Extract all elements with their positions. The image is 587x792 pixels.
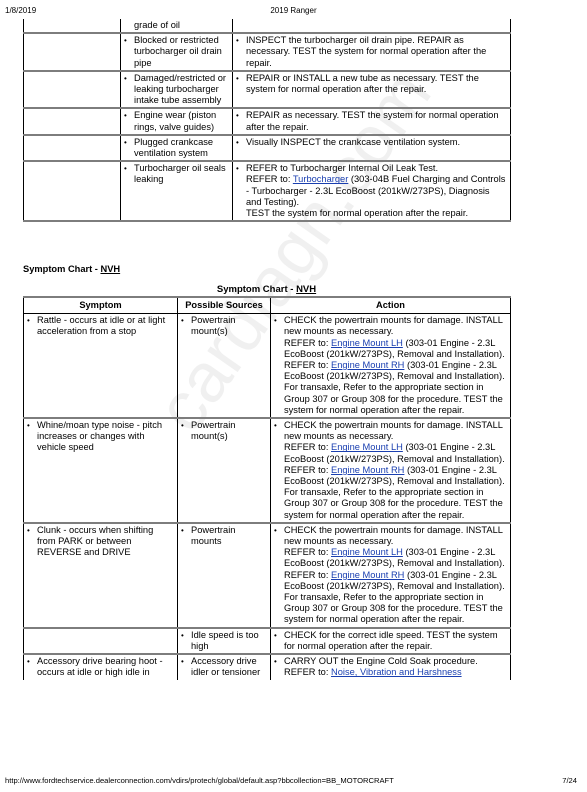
source-text: Idle speed is too high: [191, 630, 267, 652]
table-row: •Damaged/restricted or leaking turbochar…: [24, 71, 511, 109]
source-text: Plugged crankcase ventilation system: [134, 137, 229, 159]
nvh-link[interactable]: NVH: [100, 264, 120, 274]
nvh-caption-link[interactable]: NVH: [296, 284, 316, 295]
table-row: •Rattle - occurs at idle or at light acc…: [24, 314, 511, 418]
action-text: REPAIR or INSTALL a new tube as necessar…: [246, 73, 507, 95]
bullet-icon: •: [236, 35, 246, 69]
action-text: REFER to Turbocharger Internal Oil Leak …: [246, 163, 438, 173]
bullet-icon: •: [181, 525, 191, 547]
source-text: Powertrain mount(s): [191, 315, 267, 337]
nvh-symptom-table: Symptom Possible Sources Action •Rattle …: [23, 296, 511, 680]
refer-label: REFER to:: [284, 360, 331, 370]
bullet-icon: •: [124, 35, 134, 69]
refer-label: REFER to:: [284, 442, 331, 452]
source-text: Engine wear (piston rings, valve guides): [134, 110, 229, 132]
engine-mount-rh-link[interactable]: Engine Mount RH: [331, 465, 404, 475]
engine-mount-lh-link[interactable]: Engine Mount LH: [331, 442, 403, 452]
engine-mount-rh-link[interactable]: Engine Mount RH: [331, 360, 404, 370]
action-text: CARRY OUT the Engine Cold Soak procedure…: [284, 656, 478, 666]
bullet-icon: •: [124, 110, 134, 132]
source-text: Blocked or restricted turbocharger oil d…: [134, 35, 229, 69]
footer-url: http://www.fordtechservice.dealerconnect…: [5, 776, 394, 785]
action-text: CHECK for the correct idle speed. TEST t…: [284, 630, 507, 652]
symptom-text: Whine/moan type noise - pitch increases …: [37, 420, 174, 454]
header-action: Action: [271, 297, 511, 314]
source-text: Powertrain mount(s): [191, 420, 267, 442]
nvh-procedure-link[interactable]: Noise, Vibration and Harshness: [331, 667, 462, 677]
refer-label: REFER to:: [284, 667, 331, 677]
transaxle-note: For transaxle, Refer to the appropriate …: [284, 382, 503, 414]
action-text: CHECK the powertrain mounts for damage. …: [284, 315, 503, 336]
bullet-icon: •: [274, 420, 284, 521]
bullet-icon: •: [124, 137, 134, 159]
section-title: Symptom Chart - NVH: [23, 264, 120, 274]
bullet-icon: •: [124, 73, 134, 107]
bullet-icon: •: [274, 630, 284, 652]
transaxle-note: For transaxle, Refer to the appropriate …: [284, 487, 503, 519]
refer-label: REFER to:: [284, 547, 331, 557]
source-text: grade of oil: [134, 20, 229, 31]
turbo-symptom-table: grade of oil •Blocked or restricted turb…: [23, 19, 511, 222]
engine-mount-rh-link[interactable]: Engine Mount RH: [331, 570, 404, 580]
refer-label: REFER to:: [246, 174, 293, 184]
bullet-icon: •: [181, 420, 191, 442]
table-caption: Symptom Chart - NVH: [23, 284, 510, 295]
bullet-icon: •: [236, 137, 246, 148]
transaxle-note: For transaxle, Refer to the appropriate …: [284, 592, 503, 624]
table-row: •Engine wear (piston rings, valve guides…: [24, 108, 511, 134]
footer-page-number: 7/24: [562, 776, 577, 785]
symptom-text: Rattle - occurs at idle or at light acce…: [37, 315, 174, 337]
bullet-icon: •: [181, 315, 191, 337]
action-text: Visually INSPECT the crankcase ventilati…: [246, 137, 507, 148]
table-row: •Blocked or restricted turbocharger oil …: [24, 33, 511, 71]
action-text: CHECK the powertrain mounts for damage. …: [284, 420, 503, 441]
source-text: Accessory drive idler or tensioner: [191, 656, 267, 678]
bullet-icon: •: [274, 525, 284, 626]
bullet-icon: •: [27, 525, 37, 559]
header-possible-sources: Possible Sources: [178, 297, 271, 314]
bullet-icon: •: [274, 315, 284, 416]
symptom-text: Clunk - occurs when shifting from PARK o…: [37, 525, 174, 559]
action-text: CHECK the powertrain mounts for damage. …: [284, 525, 503, 546]
header-title: 2019 Ranger: [0, 6, 587, 15]
turbocharger-link[interactable]: Turbocharger: [293, 174, 348, 184]
bullet-icon: •: [236, 163, 246, 219]
refer-label: REFER to:: [284, 465, 331, 475]
action-text: INSPECT the turbocharger oil drain pipe.…: [246, 35, 507, 69]
table-row: •Whine/moan type noise - pitch increases…: [24, 418, 511, 523]
source-text: Turbocharger oil seals leaking: [134, 163, 229, 185]
table-row: grade of oil: [24, 19, 511, 33]
source-text: Damaged/restricted or leaking turbocharg…: [134, 73, 229, 107]
bullet-icon: •: [124, 163, 134, 185]
bullet-icon: •: [27, 420, 37, 454]
action-text: TEST the system for normal operation aft…: [246, 208, 468, 218]
table-row: •Clunk - occurs when shifting from PARK …: [24, 523, 511, 628]
table-row: •Plugged crankcase ventilation system •V…: [24, 135, 511, 161]
bullet-icon: •: [236, 110, 246, 132]
engine-mount-lh-link[interactable]: Engine Mount LH: [331, 547, 403, 557]
header-symptom: Symptom: [24, 297, 178, 314]
bullet-icon: •: [181, 656, 191, 678]
refer-label: REFER to:: [284, 570, 331, 580]
table-row: •Accessory drive bearing hoot - occurs a…: [24, 654, 511, 679]
bullet-icon: •: [236, 73, 246, 95]
bullet-icon: •: [27, 656, 37, 678]
table-row: •Idle speed is too high •CHECK for the c…: [24, 628, 511, 654]
symptom-text: Accessory drive bearing hoot - occurs at…: [37, 656, 174, 678]
table-header-row: Symptom Possible Sources Action: [24, 297, 511, 314]
bullet-icon: •: [181, 630, 191, 652]
source-text: Powertrain mounts: [191, 525, 267, 547]
refer-label: REFER to:: [284, 338, 331, 348]
engine-mount-lh-link[interactable]: Engine Mount LH: [331, 338, 403, 348]
action-text: REPAIR as necessary. TEST the system for…: [246, 110, 507, 132]
bullet-icon: •: [274, 656, 284, 678]
bullet-icon: •: [27, 315, 37, 337]
table-row: •Turbocharger oil seals leaking • REFER …: [24, 161, 511, 221]
